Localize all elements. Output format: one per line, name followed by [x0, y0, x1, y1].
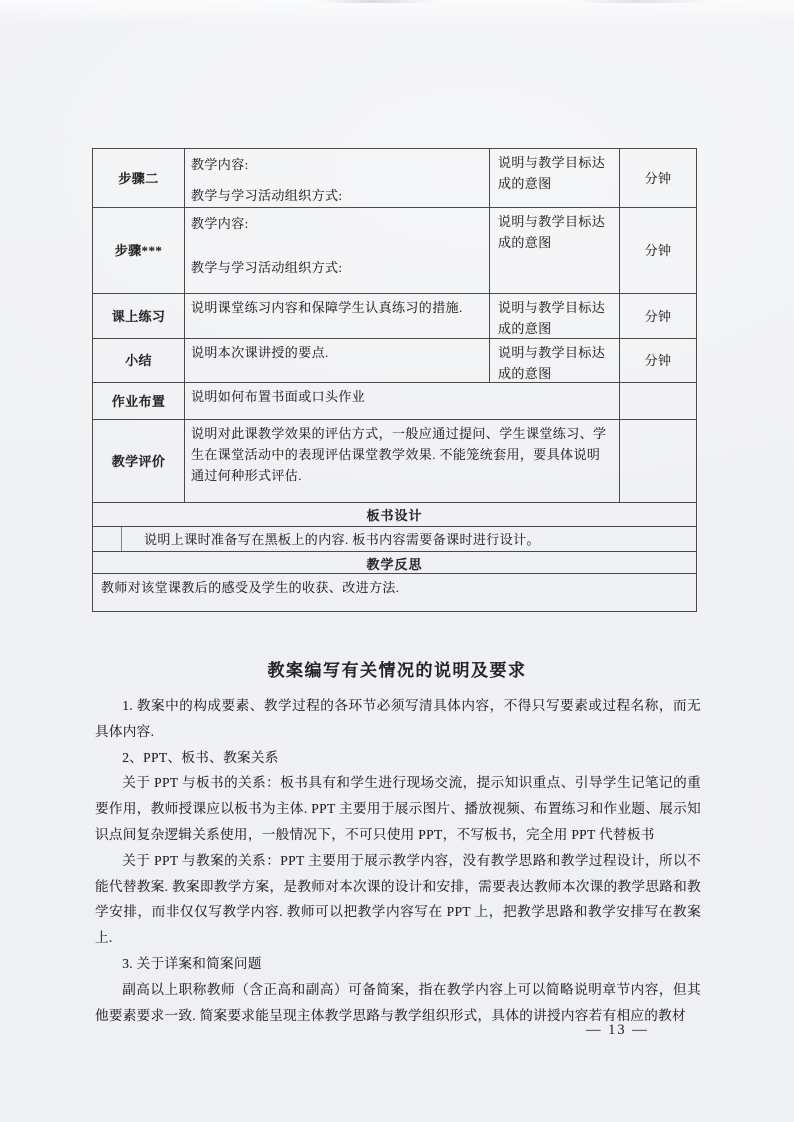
- note-cell: 说明与教学目标达成的意图: [490, 294, 620, 338]
- duration-cell: 分钟: [620, 208, 696, 293]
- note-cell: 说明与教学目标达成的意图: [490, 149, 620, 207]
- content-line: 教学内容:: [191, 154, 249, 175]
- page-number: — 13 —: [586, 1022, 649, 1039]
- section-title: 教案编写有关情况的说明及要求: [0, 656, 794, 681]
- empty-narrow-cell: [93, 527, 122, 551]
- note-cell: 说明与教学目标达成的意图: [490, 339, 620, 382]
- fansi-content: 教师对该堂课教后的感受及学生的收获、改进方法.: [93, 574, 696, 611]
- content-line: 教学与学习活动组织方式:: [191, 185, 342, 206]
- table-row: 步骤二 教学内容: 教学与学习活动组织方式: 说明与教学目标达成的意图 分钟: [93, 149, 696, 208]
- row-content-cell: 说明对此课教学效果的评估方式，一般应通过提问、学生课堂练习、学生在课堂活动中的表…: [185, 420, 620, 502]
- duration-cell: 分钟: [620, 339, 696, 382]
- table-row: 板书设计: [93, 503, 696, 527]
- duration-cell: [620, 420, 696, 502]
- row-content-cell: 说明如何布置书面或口头作业: [185, 383, 620, 419]
- table-row: 教学评价 说明对此课教学效果的评估方式，一般应通过提问、学生课堂练习、学生在课堂…: [93, 420, 696, 503]
- banshu-content: 说明上课时准备写在黑板上的内容. 板书内容需要备课时进行设计。: [122, 527, 696, 551]
- row-content-cell: 说明本次课讲授的要点.: [185, 339, 490, 382]
- table-row: 教学反思: [93, 552, 696, 574]
- paragraph: 3. 关于详案和简案问题: [95, 951, 701, 977]
- row-content-cell: 教学内容: 教学与学习活动组织方式:: [185, 149, 490, 207]
- row-label: 教学评价: [93, 420, 185, 502]
- paragraph: 2、PPT、板书、教案关系: [95, 745, 701, 771]
- table-row: 小结 说明本次课讲授的要点. 说明与教学目标达成的意图 分钟: [93, 339, 696, 383]
- row-label: 小结: [93, 339, 185, 382]
- row-label: 课上练习: [93, 294, 185, 338]
- duration-cell: [620, 383, 696, 419]
- scanned-document-page: 步骤二 教学内容: 教学与学习活动组织方式: 说明与教学目标达成的意图 分钟 步…: [0, 0, 794, 1122]
- row-label: 步骤二: [93, 149, 185, 207]
- table-row: 说明上课时准备写在黑板上的内容. 板书内容需要备课时进行设计。: [93, 527, 696, 552]
- row-label: 步骤***: [93, 208, 185, 293]
- row-content-cell: 教学内容: 教学与学习活动组织方式:: [185, 208, 490, 293]
- banshu-header: 板书设计: [93, 503, 696, 526]
- table-row: 课上练习 说明课堂练习内容和保障学生认真练习的措施. 说明与教学目标达成的意图 …: [93, 294, 696, 339]
- note-cell: 说明与教学目标达成的意图: [490, 208, 620, 293]
- fansi-header: 教学反思: [93, 552, 696, 573]
- paragraph: 关于 PPT 与板书的关系：板书具有和学生进行现场交流，提示知识重点、引导学生记…: [95, 770, 701, 847]
- paragraph: 1. 教案中的构成要素、教学过程的各环节必须写清具体内容，不得只写要素或过程名称…: [95, 693, 701, 745]
- table-row: 步骤*** 教学内容: 教学与学习活动组织方式: 说明与教学目标达成的意图 分钟: [93, 208, 696, 294]
- body-text: 1. 教案中的构成要素、教学过程的各环节必须写清具体内容，不得只写要素或过程名称…: [95, 693, 701, 1028]
- scan-artifact-top-edge: [0, 0, 794, 3]
- table-row: 作业布置 说明如何布置书面或口头作业: [93, 383, 696, 420]
- lesson-plan-table: 步骤二 教学内容: 教学与学习活动组织方式: 说明与教学目标达成的意图 分钟 步…: [92, 148, 697, 612]
- paragraph: 关于 PPT 与教案的关系：PPT 主要用于展示教学内容，没有教学思路和教学过程…: [95, 848, 701, 951]
- duration-cell: 分钟: [620, 149, 696, 207]
- duration-cell: 分钟: [620, 294, 696, 338]
- paragraph: 副高以上职称教师（含正高和副高）可备简案，指在教学内容上可以简略说明章节内容，但…: [95, 977, 701, 1029]
- table-row: 教师对该堂课教后的感受及学生的收获、改进方法.: [93, 574, 696, 611]
- row-content-cell: 说明课堂练习内容和保障学生认真练习的措施.: [185, 294, 490, 338]
- row-label: 作业布置: [93, 383, 185, 419]
- content-line: 教学与学习活动组织方式:: [191, 257, 342, 278]
- content-line: 教学内容:: [191, 213, 249, 234]
